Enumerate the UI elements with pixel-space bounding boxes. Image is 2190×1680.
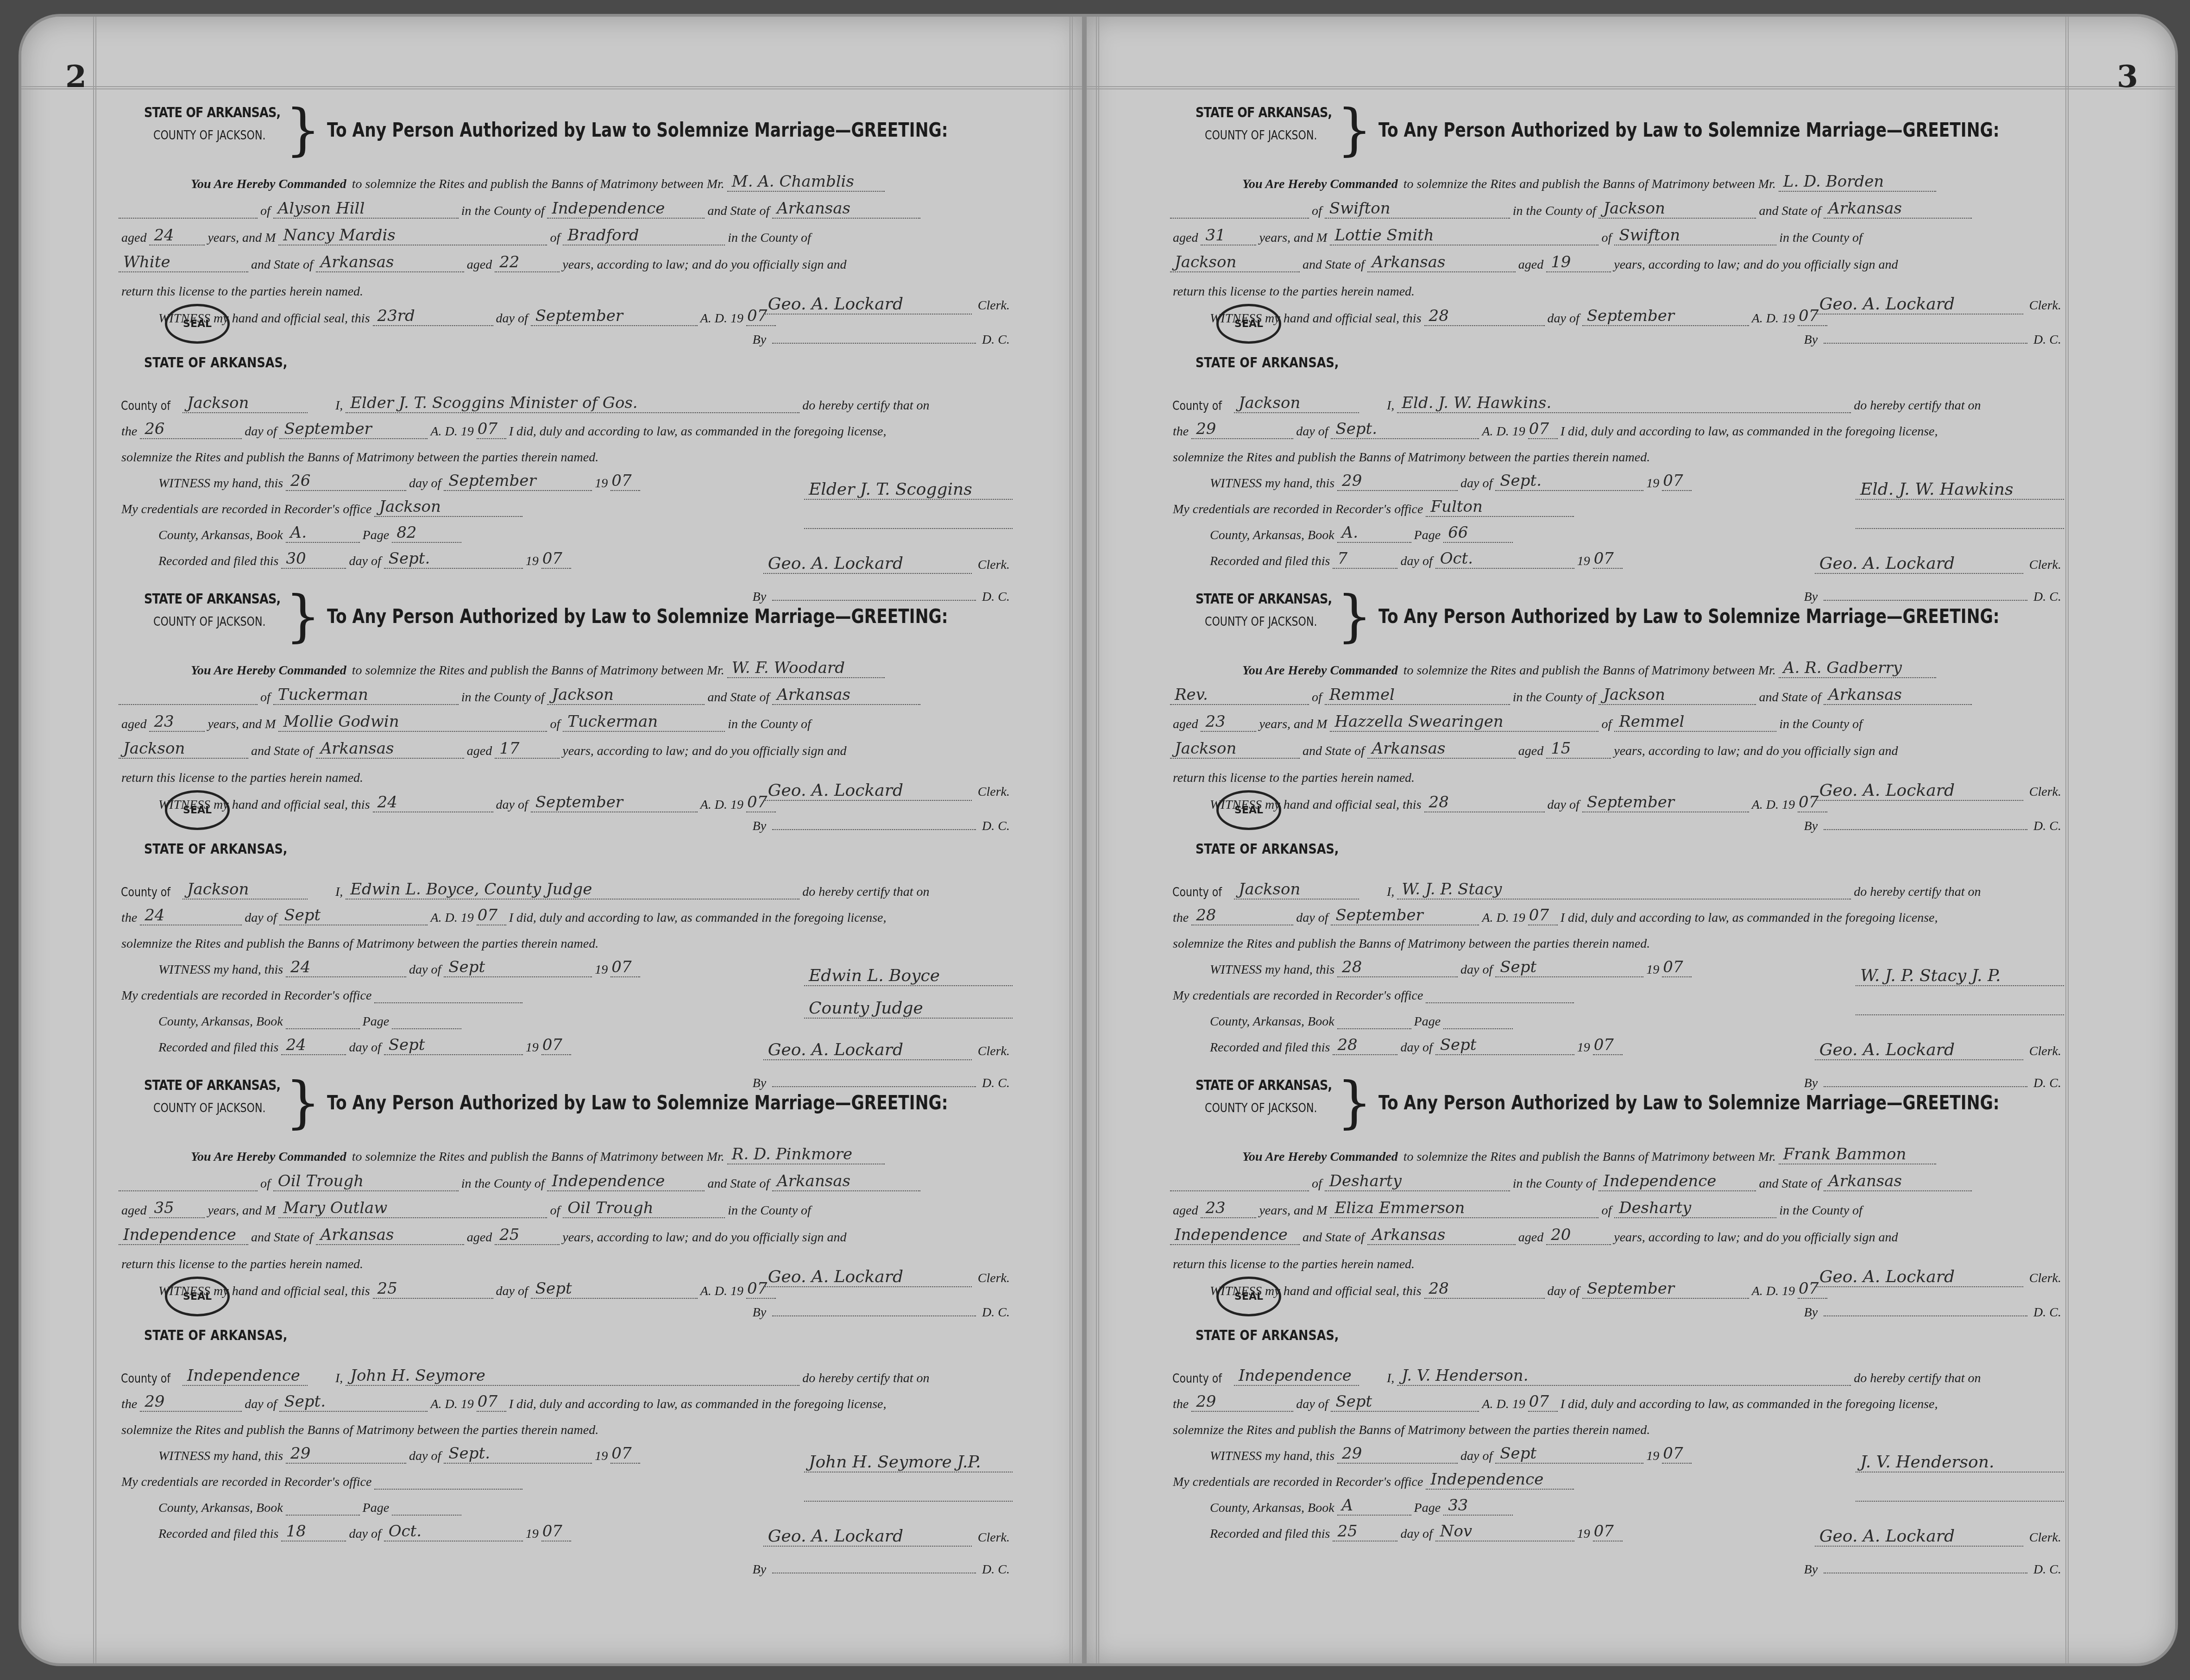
groom-county: Jackson xyxy=(1598,199,1756,219)
of-label: of xyxy=(547,231,563,245)
bride-name: Mollie Godwin xyxy=(278,712,547,732)
state-label: STATE OF ARKANSAS, xyxy=(144,1077,280,1094)
book-value: A. xyxy=(1337,523,1411,543)
brace: } xyxy=(1337,1075,1372,1131)
page-label: Page xyxy=(360,1014,392,1029)
groom-residence: Alyson Hill xyxy=(273,199,459,219)
header-rule xyxy=(21,86,1082,89)
ledger-spread: 2 STATE OF ARKANSAS, COUNTY OF JACKSON. … xyxy=(0,0,2190,1680)
return-text: return this license to the parties herei… xyxy=(119,1257,366,1272)
cert-clerk-signature: Geo. A. Lockard xyxy=(763,1040,972,1060)
license-header: STATE OF ARKANSAS, COUNTY OF JACKSON. } … xyxy=(1170,105,2078,165)
witness-month: September xyxy=(1582,1279,1749,1299)
groom-name: L. D. Borden xyxy=(1779,172,1936,192)
by-label: By xyxy=(1801,1562,1821,1577)
cert-day: 29 xyxy=(1191,420,1293,439)
officiant-title xyxy=(1856,1485,2064,1502)
cert-year: 07 xyxy=(1528,1392,1558,1412)
aged-label: aged xyxy=(119,1203,149,1218)
witness-day: 25 xyxy=(373,1279,493,1299)
cert-county-label: County of xyxy=(1170,886,1224,900)
state-of-label: and State of xyxy=(1756,690,1824,705)
groom-prefix: Rev. xyxy=(1170,686,1309,705)
cert-witness-year: 07 xyxy=(1662,1444,1692,1464)
county-label: COUNTY OF JACKSON. xyxy=(1205,1101,1317,1115)
certify-label: do hereby certify that on xyxy=(799,885,932,900)
state-of-label: and State of xyxy=(1300,744,1367,759)
cert-i-label: I, xyxy=(1359,1371,1397,1386)
bride-age: 25 xyxy=(495,1226,560,1245)
aged-label: aged xyxy=(119,231,149,245)
day-of-label: day of xyxy=(493,311,531,326)
commanded-label: You Are Hereby Commanded xyxy=(188,663,349,678)
ad-label: A. D. 19 xyxy=(698,798,746,812)
groom-name: M. A. Chamblis xyxy=(727,172,885,192)
filed-year: 07 xyxy=(541,549,571,569)
brace: } xyxy=(1337,589,1372,644)
by-label: By xyxy=(1801,819,1821,833)
page-label: Page xyxy=(1411,1501,1444,1516)
witness-day: 28 xyxy=(1424,1279,1545,1299)
year-19-label: 19 xyxy=(523,1527,541,1542)
bride-residence: Bradford xyxy=(563,226,725,245)
marriage-record: STATE OF ARKANSAS, COUNTY OF JACKSON. } … xyxy=(1170,591,2078,1087)
officiant-title xyxy=(1856,512,2064,529)
groom-age: 24 xyxy=(149,226,205,245)
clerk-signature: Geo. A. Lockard xyxy=(763,295,972,315)
recorder-office: Jackson xyxy=(374,497,522,517)
filed-label: Recorded and filed this xyxy=(1207,554,1333,569)
cert-witness-label: WITNESS my hand, this xyxy=(1207,963,1337,977)
credentials-label: My credentials are recorded in Recorder'… xyxy=(119,1475,374,1490)
cert-state-label: STATE OF ARKANSAS, xyxy=(144,1328,288,1344)
cert-county: Jackson xyxy=(182,394,308,413)
bride-state: Arkansas xyxy=(1367,739,1516,759)
page-value: 82 xyxy=(392,523,461,543)
officiant-name: J. V. Henderson. xyxy=(1397,1366,1851,1386)
years-label: years, and M xyxy=(1256,717,1330,732)
county-of-label: in the County of xyxy=(725,1203,814,1218)
groom-state: Arkansas xyxy=(1824,1172,1972,1191)
deputy-signature xyxy=(1824,1300,2027,1316)
filed-label: Recorded and filed this xyxy=(1207,1527,1333,1542)
county-label: COUNTY OF JACKSON. xyxy=(153,615,265,629)
of-label: of xyxy=(258,1177,273,1191)
certify-label: do hereby certify that on xyxy=(799,398,932,413)
by-label: By xyxy=(1801,1305,1821,1320)
aged-label: aged xyxy=(1170,1203,1201,1218)
dc-label: D. C. xyxy=(2031,333,2064,347)
cert-year: 07 xyxy=(477,1392,506,1412)
cert-witness-day: 29 xyxy=(286,1444,406,1464)
cert-county-label: County of xyxy=(1170,1372,1224,1386)
filed-label: Recorded and filed this xyxy=(156,1040,281,1055)
groom-residence: Desharty xyxy=(1325,1172,1510,1191)
day-of-label: day of xyxy=(1397,1040,1435,1055)
cert-witness-month: September xyxy=(444,472,592,491)
book-label: County, Arkansas, Book xyxy=(156,1014,286,1029)
cert-clerk-signature: Geo. A. Lockard xyxy=(763,1527,972,1547)
aged-label: aged xyxy=(464,1230,495,1245)
cert-clerk-signature: Geo. A. Lockard xyxy=(763,554,972,574)
cert-county: Independence xyxy=(182,1366,308,1386)
deputy-signature xyxy=(772,1557,976,1573)
deputy-signature xyxy=(772,327,976,344)
cert-witness-month: Sept. xyxy=(444,1444,592,1464)
day-of-label: day of xyxy=(1545,798,1582,812)
bride-name: Hazzella Swearingen xyxy=(1330,712,1598,732)
cert-county: Jackson xyxy=(1234,394,1359,413)
state-label: STATE OF ARKANSAS, xyxy=(1196,105,1332,121)
witness-month: September xyxy=(1582,307,1749,326)
license-header: STATE OF ARKANSAS, COUNTY OF JACKSON. } … xyxy=(1170,591,2078,651)
bride-residence: Oil Trough xyxy=(563,1199,725,1218)
clerk-label: Clerk. xyxy=(975,298,1013,313)
of-label: of xyxy=(258,690,273,705)
state-of-label: and State of xyxy=(1300,258,1367,272)
bride-residence: Swifton xyxy=(1614,226,1776,245)
bride-county: White xyxy=(119,253,248,272)
cert-day: 26 xyxy=(140,420,242,439)
officiant-signature: Elder J. T. Scoggins xyxy=(804,480,1013,500)
marriage-record: STATE OF ARKANSAS, COUNTY OF JACKSON. } … xyxy=(119,1077,1026,1573)
filed-month: Sept xyxy=(1435,1036,1574,1055)
officiant-name: W. J. P. Stacy xyxy=(1397,880,1851,900)
recorder-office xyxy=(374,987,522,1003)
commanded-label: You Are Hereby Commanded xyxy=(1240,177,1401,192)
dc-label: D. C. xyxy=(979,333,1013,347)
the-label: the xyxy=(119,1397,140,1412)
year-19-label: 19 xyxy=(1643,1449,1662,1464)
state-of-label: and State of xyxy=(705,690,772,705)
groom-name: Frank Bammon xyxy=(1779,1145,1936,1164)
bride-name: Eliza Emmerson xyxy=(1330,1199,1598,1218)
book-label: County, Arkansas, Book xyxy=(1207,1501,1337,1516)
cert-witness-year: 07 xyxy=(610,958,640,977)
bride-name: Mary Outlaw xyxy=(278,1199,547,1218)
cert-clerk-signature: Geo. A. Lockard xyxy=(1815,1040,2023,1060)
cert-i-label: I, xyxy=(308,885,346,900)
county-label: COUNTY OF JACKSON. xyxy=(1205,129,1317,143)
dc-label: D. C. xyxy=(2031,819,2064,833)
years-label: years, and M xyxy=(1256,1203,1330,1218)
county-of-label: in the County of xyxy=(725,717,814,732)
clerk-signature: Geo. A. Lockard xyxy=(1815,295,2023,315)
bride-state: Arkansas xyxy=(1367,253,1516,272)
margin-rule xyxy=(1070,17,1073,1663)
law-text: years, according to law; and do you offi… xyxy=(1611,258,1901,272)
bride-state: Arkansas xyxy=(316,739,464,759)
law-text: years, according to law; and do you offi… xyxy=(1611,1230,1901,1245)
book-value xyxy=(286,1013,360,1029)
groom-residence: Oil Trough xyxy=(273,1172,459,1191)
cert-county: Jackson xyxy=(1234,880,1359,900)
clerk-label: Clerk. xyxy=(2026,1044,2064,1058)
groom-state: Arkansas xyxy=(772,199,920,219)
cert-month: Sept. xyxy=(1331,420,1479,439)
page-value xyxy=(1443,1013,1513,1029)
clerk-label: Clerk. xyxy=(975,558,1013,572)
cert-county-label: County of xyxy=(119,399,173,413)
cert-state-label: STATE OF ARKANSAS, xyxy=(144,355,288,371)
greeting-title: To Any Person Authorized by Law to Solem… xyxy=(1378,1091,2000,1114)
did-text: I did, duly and according to law, as com… xyxy=(1558,1397,1941,1412)
day-of-label: day of xyxy=(346,554,384,569)
day-of-label: day of xyxy=(242,911,279,925)
day-of-label: day of xyxy=(346,1527,384,1542)
solemnize-text: solemnize the Rites and publish the Bann… xyxy=(119,1423,601,1438)
groom-county: Jackson xyxy=(1598,686,1756,705)
witness-month: September xyxy=(531,793,698,812)
officiant-name: Eld. J. W. Hawkins. xyxy=(1397,394,1851,413)
by-label: By xyxy=(1801,333,1821,347)
ad-label: A. D. 19 xyxy=(698,311,746,326)
solemnize-text: solemnize the Rites and publish the Bann… xyxy=(119,450,601,465)
groom-state: Arkansas xyxy=(772,1172,920,1191)
by-label: By xyxy=(750,1305,769,1320)
bride-age: 19 xyxy=(1546,253,1611,272)
page-label: Page xyxy=(1411,528,1444,543)
book-label: County, Arkansas, Book xyxy=(156,1501,286,1516)
filed-label: Recorded and filed this xyxy=(156,554,281,569)
bride-county: Independence xyxy=(1170,1226,1300,1245)
seal-stamp: SEAL xyxy=(1216,1277,1281,1316)
cert-state-label: STATE OF ARKANSAS, xyxy=(144,841,288,857)
officiant-certificate: STATE OF ARKANSAS, County of Independenc… xyxy=(1170,1328,2078,1573)
cert-county: Jackson xyxy=(182,880,308,900)
return-text: return this license to the parties herei… xyxy=(1170,771,1417,786)
year-19-label: 19 xyxy=(523,554,541,569)
seal-stamp: SEAL xyxy=(1216,790,1281,830)
bride-age: 17 xyxy=(495,739,560,759)
greeting-title: To Any Person Authorized by Law to Solem… xyxy=(327,1091,948,1114)
cert-month: Sept xyxy=(1331,1392,1479,1412)
filed-year: 07 xyxy=(1593,1036,1623,1055)
county-label: COUNTY OF JACKSON. xyxy=(1205,615,1317,629)
filed-day: 28 xyxy=(1333,1036,1397,1055)
witness-day: 23rd xyxy=(373,307,493,326)
solemnize-text: solemnize the Rites and publish the Bann… xyxy=(119,937,601,951)
state-label: STATE OF ARKANSAS, xyxy=(1196,1077,1332,1094)
ad-label: A. D. 19 xyxy=(1479,424,1528,439)
filed-label: Recorded and filed this xyxy=(1207,1040,1333,1055)
cert-witness-label: WITNESS my hand, this xyxy=(1207,1449,1337,1464)
book-value: A. xyxy=(286,523,360,543)
groom-age: 35 xyxy=(149,1199,205,1218)
page-label: Page xyxy=(1411,1014,1444,1029)
the-label: the xyxy=(1170,911,1191,925)
dc-label: D. C. xyxy=(979,1562,1013,1577)
law-text: years, according to law; and do you offi… xyxy=(560,1230,849,1245)
groom-age: 23 xyxy=(1201,1199,1256,1218)
brace: } xyxy=(1337,102,1372,158)
filed-month: Sept xyxy=(384,1036,523,1055)
officiant-certificate: STATE OF ARKANSAS, County of Jackson I, … xyxy=(1170,355,2078,600)
officiant-title: County Judge xyxy=(804,999,1013,1019)
page-number: 2 xyxy=(65,58,87,94)
groom-prefix xyxy=(1170,1175,1309,1191)
clerk-signature: Geo. A. Lockard xyxy=(763,1267,972,1287)
clerk-label: Clerk. xyxy=(2026,558,2064,572)
groom-residence: Swifton xyxy=(1325,199,1510,219)
cert-month: Sept xyxy=(279,906,428,925)
bride-residence: Remmel xyxy=(1614,712,1776,732)
cert-witness-year: 07 xyxy=(610,472,640,491)
marriage-license: STATE OF ARKANSAS, COUNTY OF JACKSON. } … xyxy=(1170,1077,2078,1328)
greeting-title: To Any Person Authorized by Law to Solem… xyxy=(1378,119,2000,141)
officiant-title xyxy=(1856,999,2064,1015)
cert-year: 07 xyxy=(477,420,506,439)
credentials-label: My credentials are recorded in Recorder'… xyxy=(1170,502,1426,517)
cert-state-label: STATE OF ARKANSAS, xyxy=(1196,841,1339,857)
book-label: County, Arkansas, Book xyxy=(1207,1014,1337,1029)
officiant-signature: John H. Seymore J.P. xyxy=(804,1453,1013,1472)
commanded-text: to solemnize the Rites and publish the B… xyxy=(1401,177,1779,192)
of-label: of xyxy=(1598,717,1614,732)
filed-day: 24 xyxy=(281,1036,346,1055)
state-of-label: and State of xyxy=(248,744,316,759)
seal-stamp: SEAL xyxy=(165,304,230,344)
year-19-label: 19 xyxy=(523,1040,541,1055)
county-of-label: in the County of xyxy=(725,231,814,245)
officiant-title xyxy=(804,1485,1013,1502)
marriage-record: STATE OF ARKANSAS, COUNTY OF JACKSON. } … xyxy=(1170,1077,2078,1573)
groom-county: Independence xyxy=(547,1172,705,1191)
cert-witness-day: 26 xyxy=(286,472,406,491)
of-label: of xyxy=(1598,1203,1614,1218)
cert-clerk-signature: Geo. A. Lockard xyxy=(1815,1527,2023,1547)
book-label: County, Arkansas, Book xyxy=(156,528,286,543)
clerk-label: Clerk. xyxy=(2026,1271,2064,1285)
license-header: STATE OF ARKANSAS, COUNTY OF JACKSON. } … xyxy=(119,105,1026,165)
officiant-name: John H. Seymore xyxy=(346,1366,799,1386)
certify-label: do hereby certify that on xyxy=(1851,1371,1983,1386)
seal-stamp: SEAL xyxy=(165,1277,230,1316)
ad-label: A. D. 19 xyxy=(428,911,476,925)
filed-day: 18 xyxy=(281,1522,346,1542)
day-of-label: day of xyxy=(493,1284,531,1299)
certify-label: do hereby certify that on xyxy=(799,1371,932,1386)
marriage-license: STATE OF ARKANSAS, COUNTY OF JACKSON. } … xyxy=(119,591,1026,841)
cert-county: Independence xyxy=(1234,1366,1359,1386)
certify-label: do hereby certify that on xyxy=(1851,885,1983,900)
seal-stamp: SEAL xyxy=(1216,304,1281,344)
filed-year: 07 xyxy=(1593,1522,1623,1542)
clerk-label: Clerk. xyxy=(2026,298,2064,313)
filed-day: 30 xyxy=(281,549,346,569)
cert-day: 29 xyxy=(1191,1392,1293,1412)
the-label: the xyxy=(1170,1397,1191,1412)
groom-prefix xyxy=(119,688,258,705)
commanded-label: You Are Hereby Commanded xyxy=(1240,1150,1401,1164)
groom-county: Independence xyxy=(547,199,705,219)
clerk-label: Clerk. xyxy=(975,1530,1013,1545)
aged-label: aged xyxy=(1516,258,1546,272)
the-label: the xyxy=(1170,424,1191,439)
aged-label: aged xyxy=(1516,1230,1546,1245)
cert-i-label: I, xyxy=(1359,398,1397,413)
day-of-label: day of xyxy=(242,424,279,439)
the-label: the xyxy=(119,424,140,439)
cert-witness-month: Sept. xyxy=(1495,472,1643,491)
margin-rule xyxy=(1096,17,1099,1663)
deputy-signature xyxy=(772,1300,976,1316)
of-label: of xyxy=(1598,231,1614,245)
header-rule xyxy=(1087,86,2175,89)
brace: } xyxy=(285,102,321,158)
book-value xyxy=(286,1499,360,1516)
page-number: 3 xyxy=(2117,58,2138,94)
cert-day: 29 xyxy=(140,1392,242,1412)
cert-state-label: STATE OF ARKANSAS, xyxy=(1196,355,1339,371)
marriage-license: STATE OF ARKANSAS, COUNTY OF JACKSON. } … xyxy=(119,1077,1026,1328)
bride-state: Arkansas xyxy=(1367,1226,1516,1245)
witness-day: 28 xyxy=(1424,793,1545,812)
greeting-title: To Any Person Authorized by Law to Solem… xyxy=(327,119,948,141)
deputy-signature xyxy=(772,813,976,830)
day-of-label: day of xyxy=(1397,554,1435,569)
certify-label: do hereby certify that on xyxy=(1851,398,1983,413)
cert-day: 24 xyxy=(140,906,242,925)
credentials-label: My credentials are recorded in Recorder'… xyxy=(119,988,374,1003)
solemnize-text: solemnize the Rites and publish the Bann… xyxy=(1170,450,1653,465)
groom-county: Independence xyxy=(1598,1172,1756,1191)
credentials-label: My credentials are recorded in Recorder'… xyxy=(119,502,374,517)
book-label: County, Arkansas, Book xyxy=(1207,528,1337,543)
recorder-office xyxy=(1426,987,1574,1003)
cert-witness-label: WITNESS my hand, this xyxy=(156,476,286,491)
officiant-certificate: STATE OF ARKANSAS, County of Jackson I, … xyxy=(119,355,1026,600)
commanded-text: to solemnize the Rites and publish the B… xyxy=(349,177,727,192)
filed-label: Recorded and filed this xyxy=(156,1527,281,1542)
groom-prefix xyxy=(1170,202,1309,219)
cert-witness-day: 28 xyxy=(1337,958,1458,977)
day-of-label: day of xyxy=(346,1040,384,1055)
county-of-label: in the County of xyxy=(459,1177,547,1191)
county-of-label: in the County of xyxy=(1510,204,1599,219)
day-of-label: day of xyxy=(1293,424,1331,439)
cert-witness-label: WITNESS my hand, this xyxy=(156,1449,286,1464)
year-19-label: 19 xyxy=(1643,963,1662,977)
brace: } xyxy=(285,1075,321,1131)
groom-age: 23 xyxy=(1201,712,1256,732)
license-header: STATE OF ARKANSAS, COUNTY OF JACKSON. } … xyxy=(119,1077,1026,1138)
greeting-title: To Any Person Authorized by Law to Solem… xyxy=(327,605,948,628)
solemnize-text: solemnize the Rites and publish the Bann… xyxy=(1170,1423,1653,1438)
recorder-office xyxy=(374,1473,522,1490)
aged-label: aged xyxy=(1170,231,1201,245)
cert-month: September xyxy=(279,420,428,439)
aged-label: aged xyxy=(464,258,495,272)
filed-month: Oct. xyxy=(1435,549,1574,569)
by-label: By xyxy=(750,819,769,833)
clerk-label: Clerk. xyxy=(975,1271,1013,1285)
aged-label: aged xyxy=(119,717,149,732)
witness-day: 28 xyxy=(1424,307,1545,326)
marriage-license: STATE OF ARKANSAS, COUNTY OF JACKSON. } … xyxy=(1170,105,2078,355)
bride-state: Arkansas xyxy=(316,1226,464,1245)
license-header: STATE OF ARKANSAS, COUNTY OF JACKSON. } … xyxy=(1170,1077,2078,1138)
state-of-label: and State of xyxy=(248,1230,316,1245)
year-19-label: 19 xyxy=(1574,1040,1593,1055)
state-of-label: and State of xyxy=(705,1177,772,1191)
groom-name: R. D. Pinkmore xyxy=(727,1145,885,1164)
cert-month: September xyxy=(1331,906,1479,925)
law-text: years, according to law; and do you offi… xyxy=(560,744,849,759)
groom-prefix xyxy=(119,202,258,219)
commanded-text: to solemnize the Rites and publish the B… xyxy=(1401,663,1779,678)
state-label: STATE OF ARKANSAS, xyxy=(144,105,280,121)
